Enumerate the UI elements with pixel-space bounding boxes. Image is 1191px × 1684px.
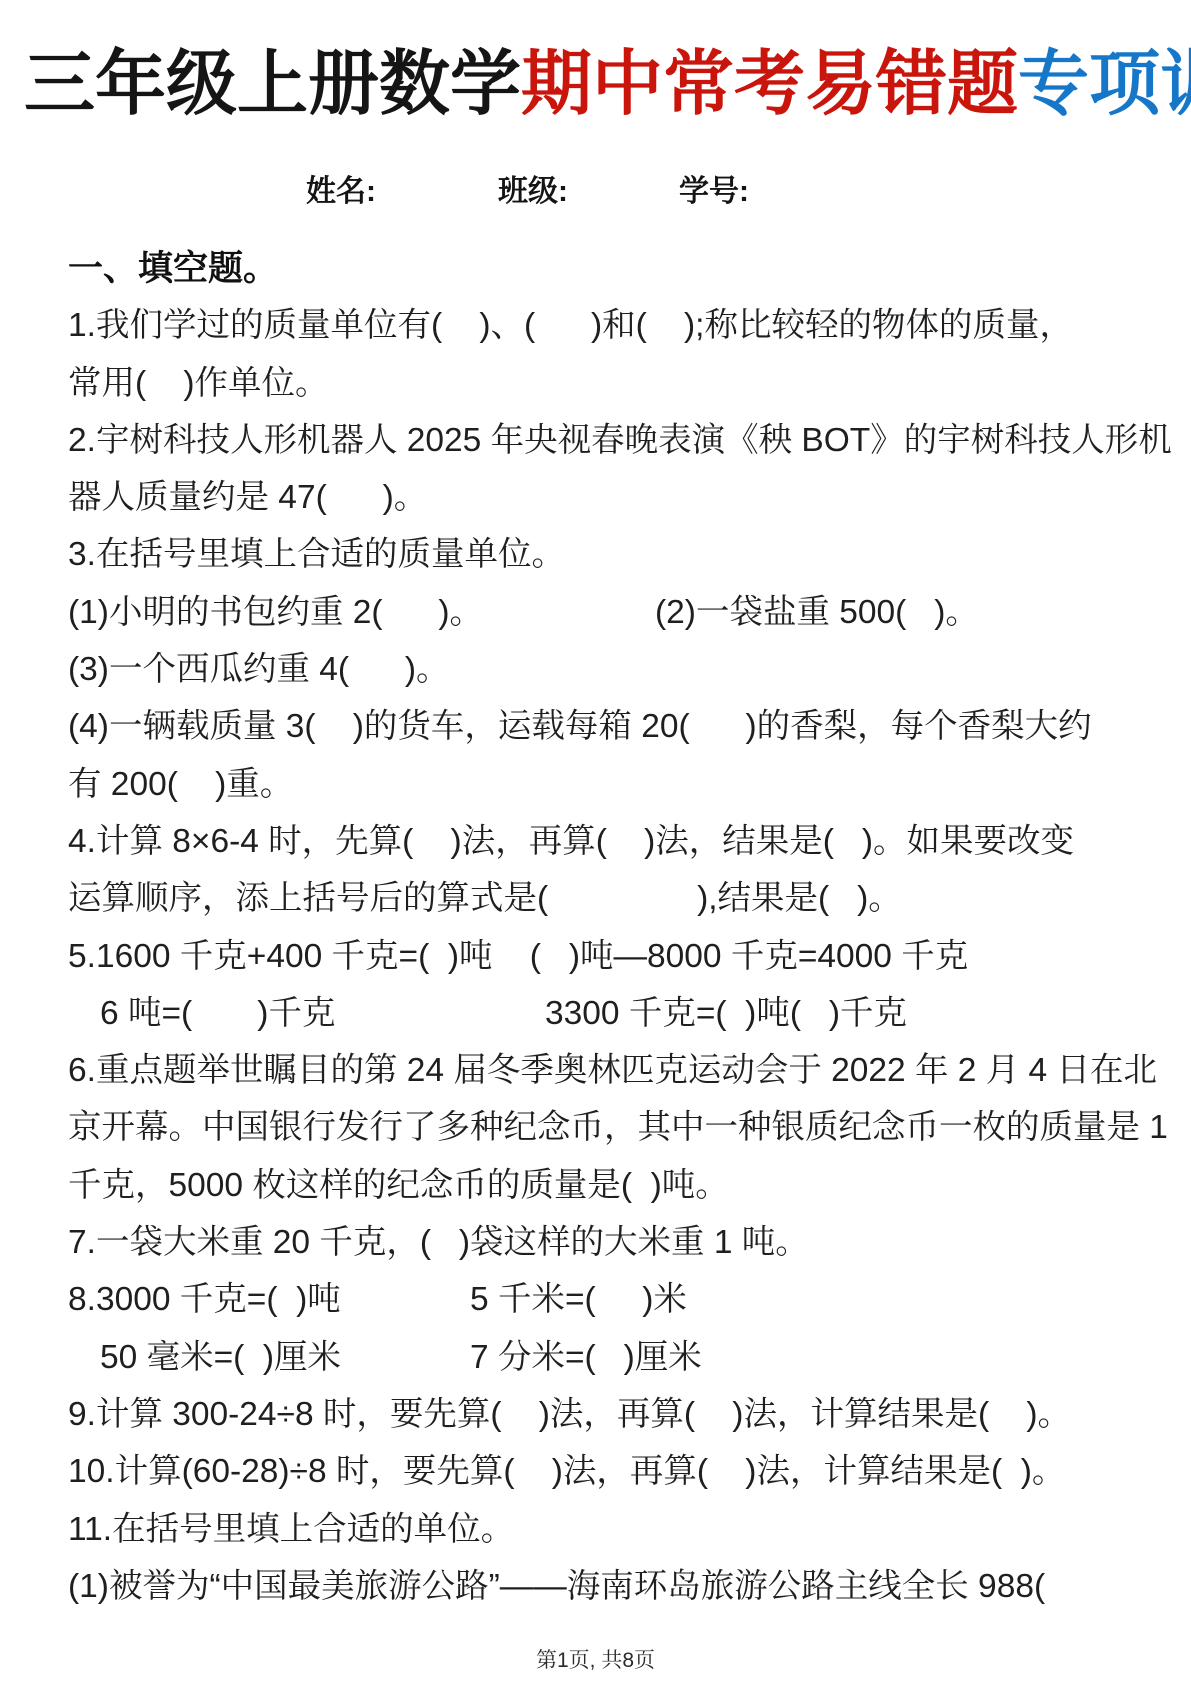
section-heading: 一、填空题。 [68, 240, 1148, 297]
worksheet-line: 7.一袋大米重 20 千克，( )袋这样的大米重 1 吨。 [68, 1214, 1148, 1271]
worksheet-line: 运算顺序，添上括号后的算式是( ),结果是( )。 [68, 870, 1148, 927]
worksheet-line: 1.我们学过的质量单位有( )、( )和( );称比较轻的物体的质量， [68, 297, 1148, 354]
student-name-label: 姓名: [306, 166, 376, 210]
title-segment: 三年级上册数学 [24, 45, 521, 124]
worksheet-line: 6.重点题举世瞩目的第 24 届冬季奥林匹克运动会于 2022 年 2 月 4 … [68, 1042, 1148, 1099]
worksheet-line: 2.宇树科技人形机器人 2025 年央视春晚表演《秧 BOT》的宇树科技人形机 [68, 412, 1148, 469]
worksheet-line: 常用( )作单位。 [68, 355, 1148, 412]
worksheet-line: (3)一个西瓜约重 4( )。 [68, 641, 1148, 698]
worksheet-line-segment: 3300 千克=( )吨( )千克 [545, 985, 907, 1042]
worksheet-line: 4.计算 8×6-4 时，先算( )法，再算( )法，结果是( )。如果要改变 [68, 813, 1148, 870]
worksheet-line-segment: 5 千米=( )米 [470, 1271, 687, 1328]
worksheet-line-segment: 7 分米=( )厘米 [470, 1329, 702, 1386]
worksheet-line: 3.在括号里填上合适的质量单位。 [68, 526, 1148, 583]
worksheet-line-segment: 8.3000 千克=( )吨 [68, 1271, 341, 1328]
worksheet-line: (1)小明的书包约重 2( )。(2)一袋盐重 500( )。 [68, 584, 1148, 641]
worksheet-line: 有 200( )重。 [68, 756, 1148, 813]
worksheet-line-segment: (2)一袋盐重 500( )。 [655, 584, 979, 641]
worksheet-line: 京开幕。中国银行发行了多种纪念币，其中一种银质纪念币一枚的质量是 1 [68, 1099, 1148, 1156]
worksheet-line: 9.计算 300-24÷8 时，要先算( )法，再算( )法，计算结果是( )。 [68, 1386, 1148, 1443]
title-segment: 专项训练 [1018, 45, 1191, 124]
worksheet-lines: 一、填空题。1.我们学过的质量单位有( )、( )和( );称比较轻的物体的质量… [68, 240, 1148, 1615]
worksheet-line: 千克，5000 枚这样的纪念币的质量是( )吨。 [68, 1157, 1148, 1214]
worksheet-page: 三年级上册数学期中常考易错题专项训练 姓名: 班级: 学号: 一、填空题。1.我… [0, 0, 1191, 1684]
worksheet-line: (4)一辆载质量 3( )的货车，运载每箱 20( )的香梨，每个香梨大约 [68, 698, 1148, 755]
worksheet-line: 10.计算(60-28)÷8 时，要先算( )法，再算( )法，计算结果是( )… [68, 1443, 1148, 1500]
worksheet-line: 6 吨=( )千克3300 千克=( )吨( )千克 [68, 985, 1148, 1042]
worksheet-line: 50 毫米=( )厘米7 分米=( )厘米 [68, 1329, 1148, 1386]
worksheet-line: 11.在括号里填上合适的单位。 [68, 1501, 1148, 1558]
page-footer: 第1页, 共8页 [0, 1644, 1191, 1674]
student-class-label: 班级: [498, 166, 568, 210]
worksheet-line: 5.1600 千克+400 千克=( )吨 ( )吨—8000 千克=4000 … [68, 928, 1148, 985]
worksheet-line: 器人质量约是 47( )。 [68, 469, 1148, 526]
worksheet-line-segment: (1)小明的书包约重 2( )。 [68, 584, 483, 641]
worksheet-line-segment: 50 毫米=( )厘米 [100, 1329, 341, 1386]
worksheet-line-segment: 6 吨=( )千克 [100, 985, 335, 1042]
page-title: 三年级上册数学期中常考易错题专项训练 [24, 44, 1191, 126]
worksheet-line: 8.3000 千克=( )吨5 千米=( )米 [68, 1271, 1148, 1328]
worksheet-line: (1)被誉为“中国最美旅游公路”——海南环岛旅游公路主线全长 988( [68, 1558, 1148, 1615]
student-number-label: 学号: [679, 166, 749, 210]
title-segment: 期中常考易错题 [521, 45, 1018, 124]
